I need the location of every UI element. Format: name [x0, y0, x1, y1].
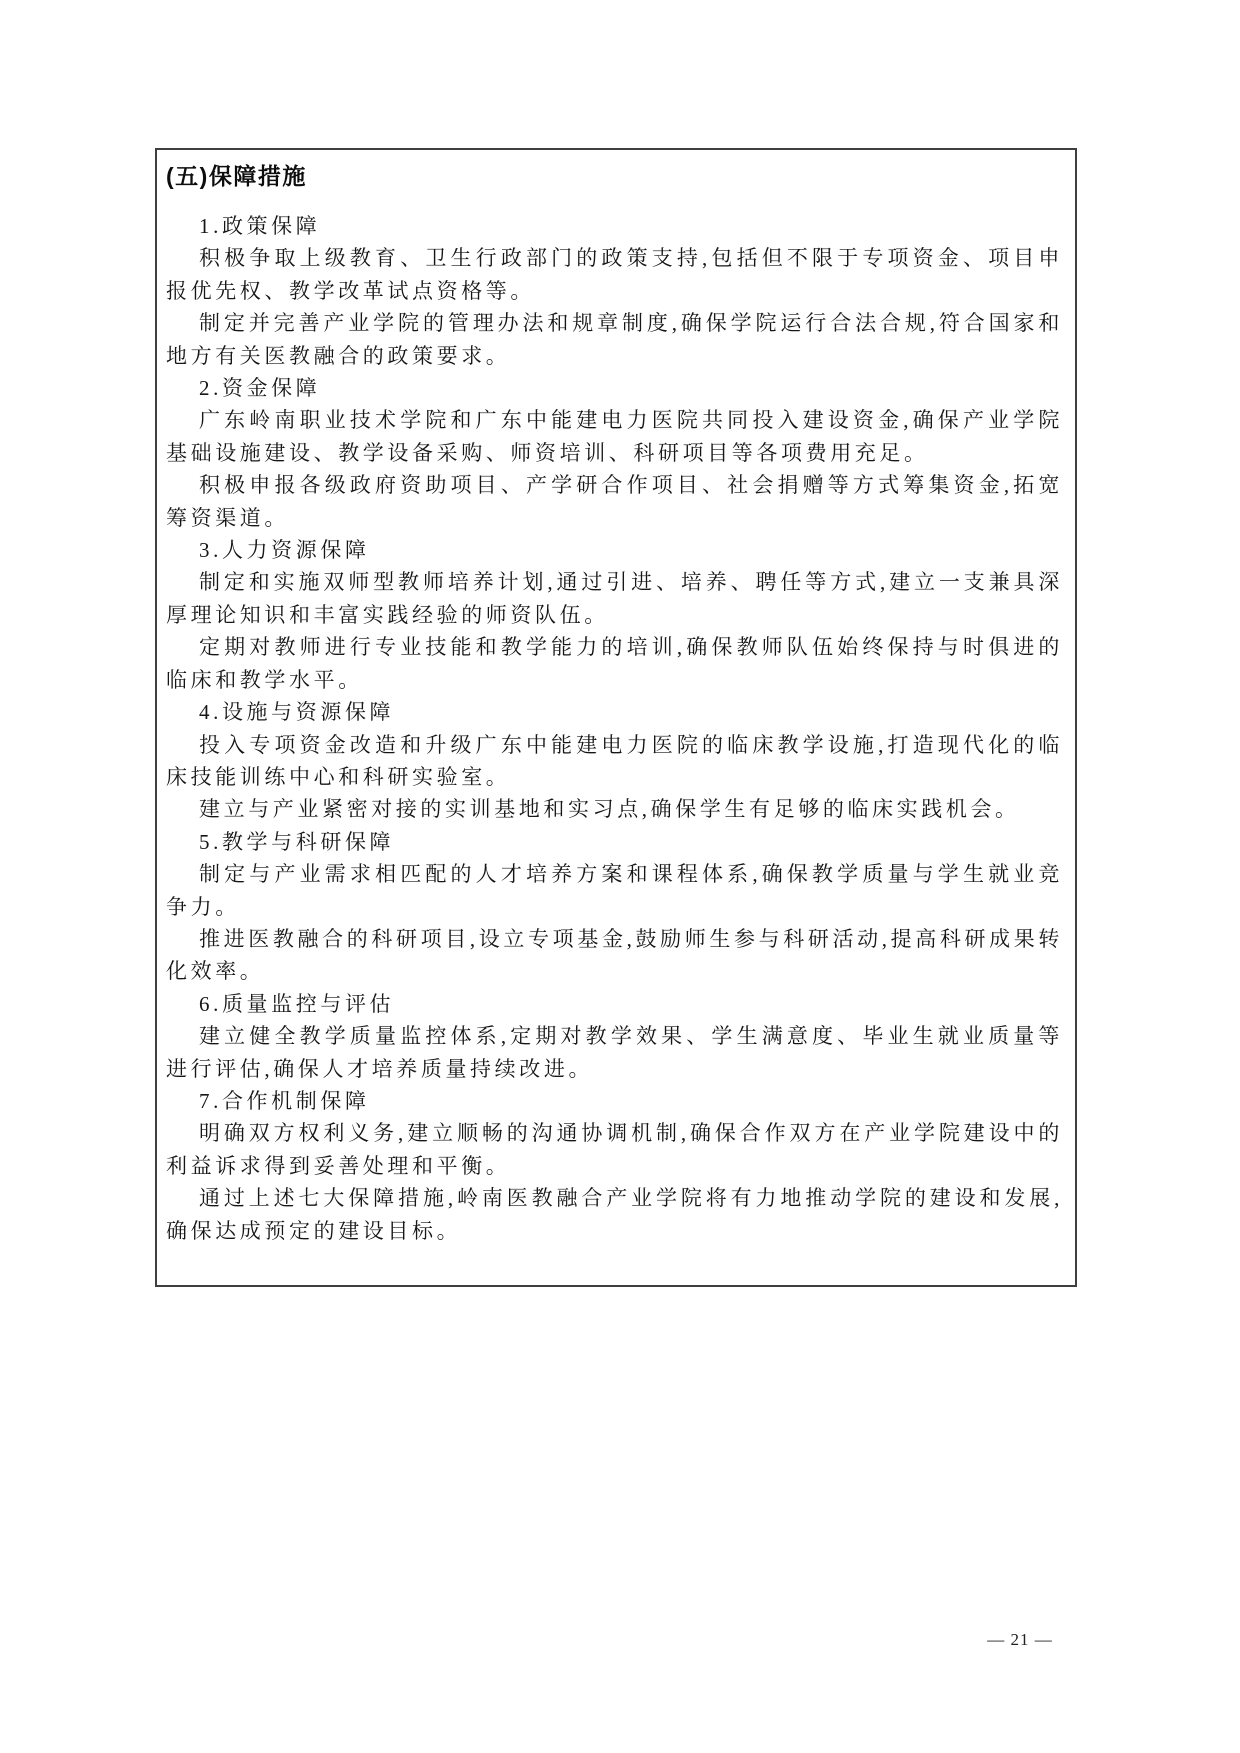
item-heading-7: 7.合作机制保障 [166, 1085, 1063, 1117]
paragraph: 推进医教融合的科研项目,设立专项基金,鼓励师生参与科研活动,提高科研成果转化效率… [166, 923, 1063, 988]
item-heading-4: 4.设施与资源保障 [166, 696, 1063, 728]
paragraph: 建立健全教学质量监控体系,定期对教学效果、学生满意度、毕业生就业质量等进行评估,… [166, 1020, 1063, 1085]
paragraph: 广东岭南职业技术学院和广东中能建电力医院共同投入建设资金,确保产业学院基础设施建… [166, 404, 1063, 469]
paragraph: 制定和实施双师型教师培养计划,通过引进、培养、聘任等方式,建立一支兼具深厚理论知… [166, 566, 1063, 631]
paragraph: 定期对教师进行专业技能和教学能力的培训,确保教师队伍始终保持与时俱进的临床和教学… [166, 631, 1063, 696]
section-border-box: (五)保障措施 1.政策保障 积极争取上级教育、卫生行政部门的政策支持,包括但不… [155, 148, 1077, 1287]
item-heading-6: 6.质量监控与评估 [166, 988, 1063, 1020]
section-heading: (五)保障措施 [166, 160, 1063, 192]
item-heading-2: 2.资金保障 [166, 372, 1063, 404]
paragraph: 通过上述七大保障措施,岭南医教融合产业学院将有力地推动学院的建设和发展,确保达成… [166, 1182, 1063, 1247]
item-heading-1: 1.政策保障 [166, 210, 1063, 242]
page-number: — 21 — [925, 1630, 1115, 1650]
item-heading-3: 3.人力资源保障 [166, 534, 1063, 566]
paragraph: 制定与产业需求相匹配的人才培养方案和课程体系,确保教学质量与学生就业竞争力。 [166, 858, 1063, 923]
item-heading-5: 5.教学与科研保障 [166, 826, 1063, 858]
paragraph: 投入专项资金改造和升级广东中能建电力医院的临床教学设施,打造现代化的临床技能训练… [166, 729, 1063, 794]
paragraph: 明确双方权利义务,建立顺畅的沟通协调机制,确保合作双方在产业学院建设中的利益诉求… [166, 1117, 1063, 1182]
paragraph: 制定并完善产业学院的管理办法和规章制度,确保学院运行合法合规,符合国家和地方有关… [166, 307, 1063, 372]
paragraph: 积极申报各级政府资助项目、产学研合作项目、社会捐赠等方式筹集资金,拓宽筹资渠道。 [166, 469, 1063, 534]
paragraph: 积极争取上级教育、卫生行政部门的政策支持,包括但不限于专项资金、项目申报优先权、… [166, 242, 1063, 307]
paragraph: 建立与产业紧密对接的实训基地和实习点,确保学生有足够的临床实践机会。 [166, 793, 1063, 825]
